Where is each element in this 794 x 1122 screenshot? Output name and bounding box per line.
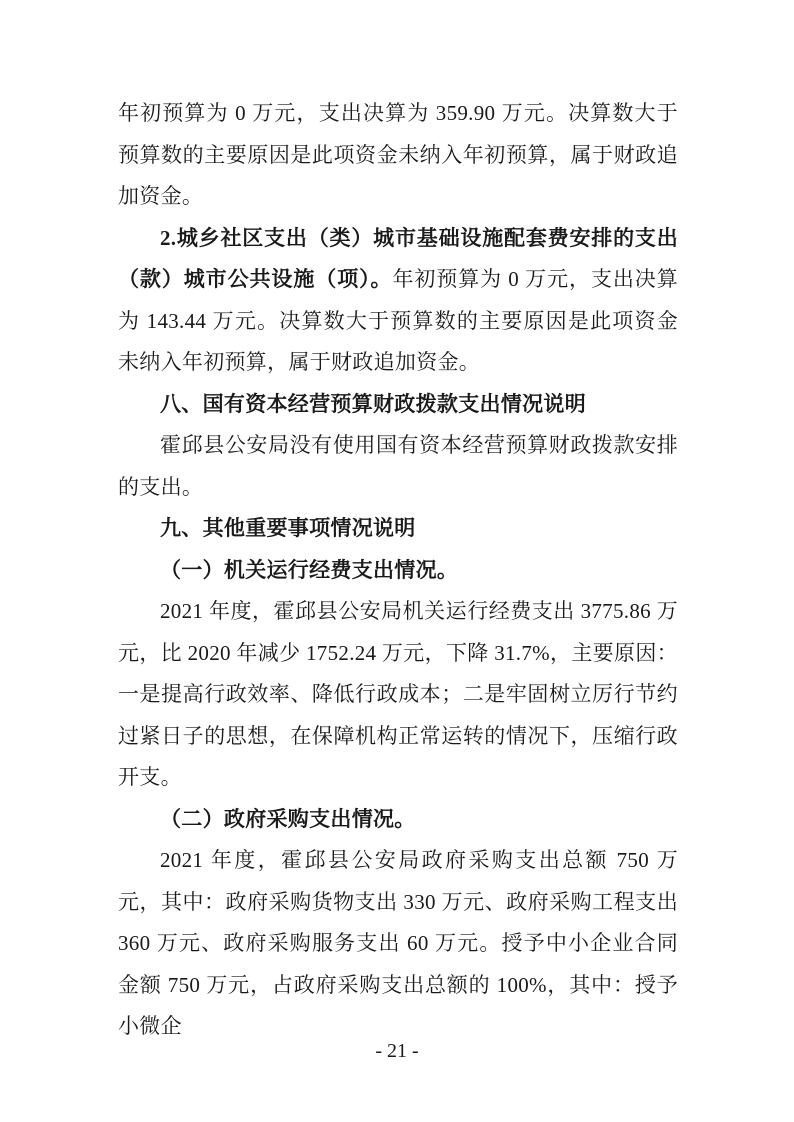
document-page: 年初预算为 0 万元，支出决算为 359.90 万元。决算数大于预算数的主要原因… xyxy=(0,0,794,1122)
section-9-1-heading: （一）机关运行经费支出情况。 xyxy=(118,550,678,592)
paragraph-budget-item2: 2.城乡社区支出（类）城市基础设施配套费安排的支出（款）城市公共设施（项）。年初… xyxy=(118,218,678,384)
section-9-2-heading: （二）政府采购支出情况。 xyxy=(118,799,678,841)
section-9-heading: 九、其他重要事项情况说明 xyxy=(118,508,678,550)
section-8-paragraph: 霍邱县公安局没有使用国有资本经营预算财政拨款安排的支出。 xyxy=(118,425,678,508)
paragraph-budget-item1-continuation: 年初预算为 0 万元，支出决算为 359.90 万元。决算数大于预算数的主要原因… xyxy=(118,93,678,218)
page-content: 年初预算为 0 万元，支出决算为 359.90 万元。决算数大于预算数的主要原因… xyxy=(118,93,678,1048)
section-9-1-paragraph: 2021 年度，霍邱县公安局机关运行经费支出 3775.86 万元，比 2020… xyxy=(118,591,678,799)
page-number: - 21 - xyxy=(0,1038,794,1064)
section-9-2-paragraph: 2021 年度，霍邱县公安局政府采购支出总额 750 万元，其中：政府采购货物支… xyxy=(118,840,678,1048)
section-8-heading: 八、国有资本经营预算财政拨款支出情况说明 xyxy=(118,384,678,426)
